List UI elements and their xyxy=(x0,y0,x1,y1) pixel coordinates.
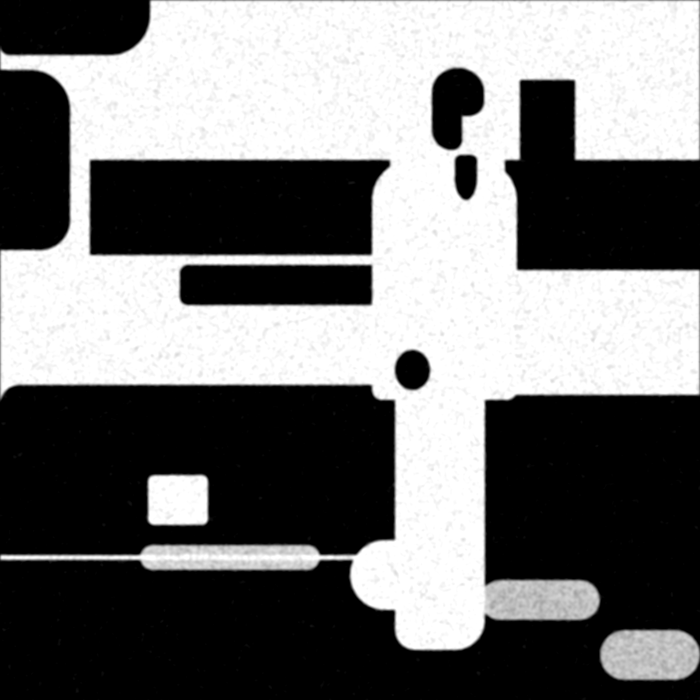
light-square xyxy=(148,475,208,525)
figure-feet xyxy=(350,540,430,610)
photo-scene xyxy=(0,0,700,700)
figure-hand xyxy=(395,350,430,390)
foreground-wall-left xyxy=(0,385,420,555)
foliage-left xyxy=(0,70,70,250)
figure-face-shadow xyxy=(432,100,462,150)
ground-patch xyxy=(140,545,320,570)
background-strip xyxy=(180,265,380,305)
chimney xyxy=(520,80,575,170)
ground-patch xyxy=(600,630,700,680)
figure-body xyxy=(372,160,517,400)
ground-patch xyxy=(480,580,600,620)
figure-legs xyxy=(395,390,485,650)
figure-tie xyxy=(455,155,477,200)
foreground-wall-right xyxy=(475,395,700,580)
background-wall-right xyxy=(505,160,700,270)
background-wall xyxy=(90,160,390,255)
foliage-top-left xyxy=(0,0,150,55)
